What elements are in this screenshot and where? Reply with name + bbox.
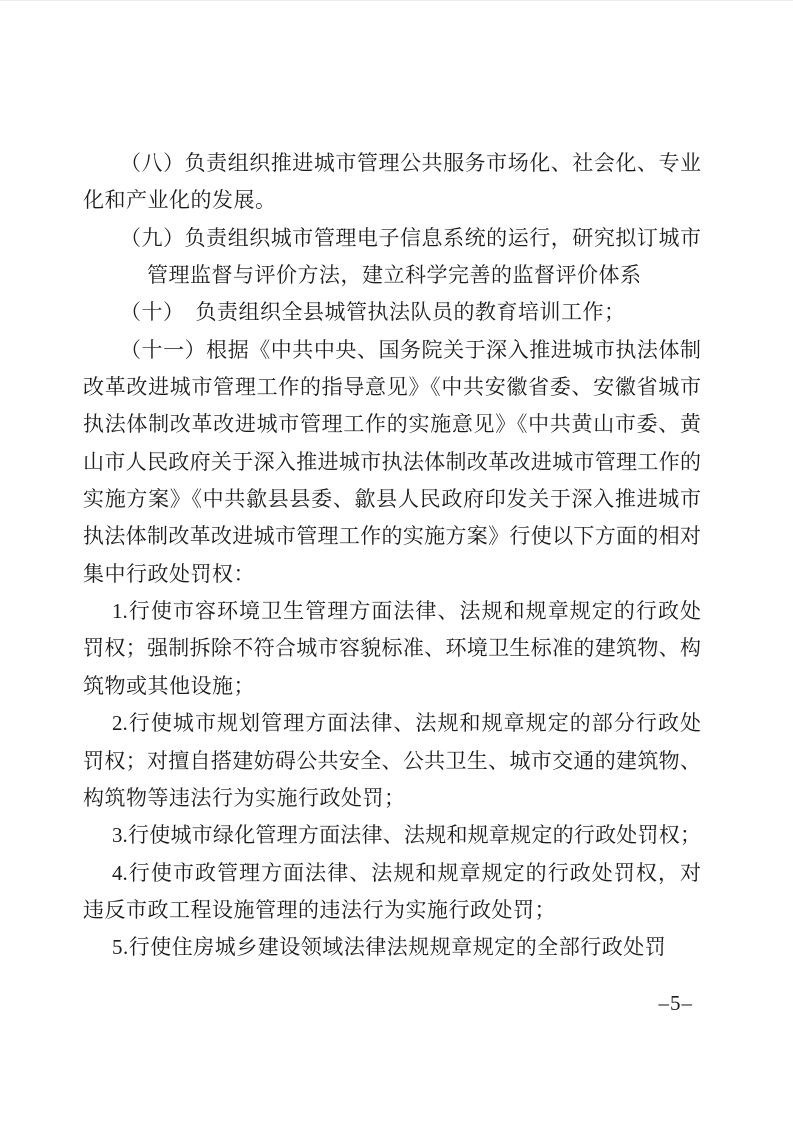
text-line: 4.行使市政管理方面法律、法规和规章规定的行政处罚权，对 xyxy=(83,855,701,892)
text-line: 实施方案》《中共歙县县委、歙县人民政府印发关于深入推进城市 xyxy=(83,481,701,518)
text-line: 5.行使住房城乡建设领域法律法规规章规定的全部行政处罚 xyxy=(83,929,701,966)
page-number: –5– xyxy=(659,991,694,1016)
text-line: （九）负责组织城市管理电子信息系统的运行，研究拟订城市 xyxy=(83,220,701,257)
text-line: 集中行政处罚权： xyxy=(83,556,701,593)
document-body-text: （八）负责组织推进城市管理公共服务市场化、社会化、专业化和产业化的发展。（九）负… xyxy=(83,145,701,967)
text-line: 1.行使市容环境卫生管理方面法律、法规和规章规定的行政处 xyxy=(83,593,701,630)
text-line: 3.行使城市绿化管理方面法律、法规和规章规定的行政处罚权； xyxy=(83,817,701,854)
text-line: 违反市政工程设施管理的违法行为实施行政处罚； xyxy=(83,892,701,929)
text-line: 筑物或其他设施； xyxy=(83,668,701,705)
text-line: （八）负责组织推进城市管理公共服务市场化、社会化、专业 xyxy=(83,145,701,182)
text-line: 管理监督与评价方法，建立科学完善的监督评价体系 xyxy=(83,257,701,294)
text-line: 构筑物等违法行为实施行政处罚； xyxy=(83,780,701,817)
text-line: 罚权；强制拆除不符合城市容貌标准、环境卫生标准的建筑物、构 xyxy=(83,630,701,667)
text-line: 改革改进城市管理工作的指导意见》《中共安徽省委、安徽省城市 xyxy=(83,369,701,406)
text-line: （十一）根据《中共中央、国务院关于深入推进城市执法体制 xyxy=(83,332,701,369)
text-line: 山市人民政府关于深入推进城市执法体制改革改进城市管理工作的 xyxy=(83,444,701,481)
text-line: 2.行使城市规划管理方面法律、法规和规章规定的部分行政处 xyxy=(83,705,701,742)
text-line: 执法体制改革改进城市管理工作的实施方案》行使以下方面的相对 xyxy=(83,518,701,555)
text-line: 执法体制改革改进城市管理工作的实施意见》《中共黄山市委、黄 xyxy=(83,406,701,443)
text-line: 罚权；对擅自搭建妨碍公共安全、公共卫生、城市交通的建筑物、 xyxy=(83,743,701,780)
text-line: 化和产业化的发展。 xyxy=(83,182,701,219)
document-page: （八）负责组织推进城市管理公共服务市场化、社会化、专业化和产业化的发展。（九）负… xyxy=(0,0,793,1122)
text-line: （十） 负责组织全县城管执法队员的教育培训工作； xyxy=(83,294,701,331)
